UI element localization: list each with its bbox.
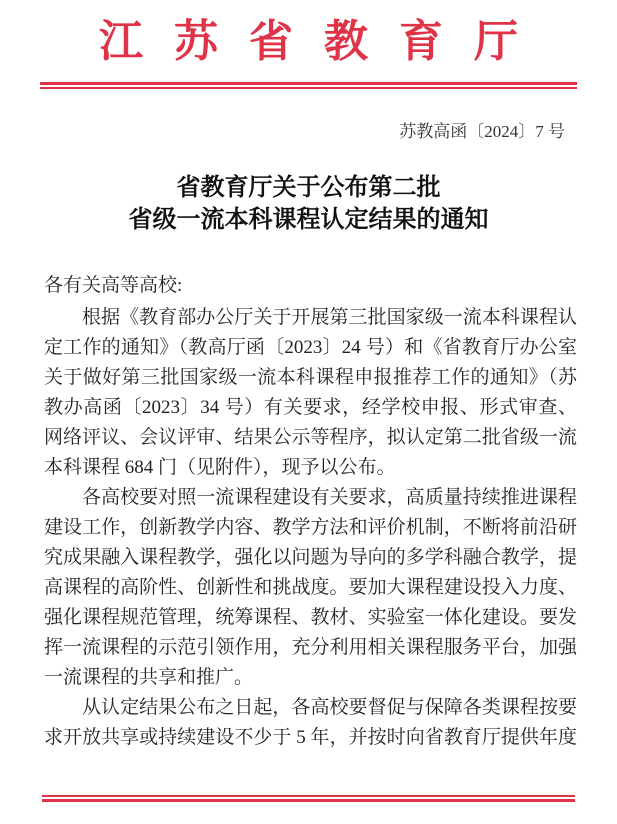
body-line: 根据《教育部办公厅关于开展第三批国家级一流本科课程认 <box>44 303 577 333</box>
body-line: 建设工作，创新教学内容、教学方法和评价机制，不断将前沿研 <box>44 513 577 543</box>
body-line: 本科课程 684 门（见附件），现予以公布。 <box>44 453 577 483</box>
body-line: 关于做好第三批国家级一流本科课程申报推荐工作的通知》（苏 <box>44 363 577 393</box>
salutation: 各有关高等高校: <box>44 273 577 298</box>
body-line: 从认定结果公布之日起，各高校要督促与保障各类课程按要 <box>44 693 577 723</box>
document-title-line1: 省教育厅关于公布第二批 <box>0 172 617 204</box>
header-double-rule <box>40 82 577 89</box>
body-line: 究成果融入课程教学，强化以问题为导向的多学科融合教学，提 <box>44 543 577 573</box>
body-line: 高课程的高阶性、创新性和挑战度。要加大课程建设投入力度、 <box>44 573 577 603</box>
agency-name: 江 苏 省 教 育 厅 <box>0 0 617 69</box>
body-line: 网络评议、会议评审、结果公示等程序，拟认定第二批省级一流 <box>44 423 577 453</box>
body-line: 强化课程规范管理，统筹课程、教材、实验室一体化建设。要发 <box>44 603 577 633</box>
document-body: 根据《教育部办公厅关于开展第三批国家级一流本科课程认 定工作的通知》（教高厅函〔… <box>44 303 577 753</box>
document-title: 省教育厅关于公布第二批 省级一流本科课程认定结果的通知 <box>0 172 617 236</box>
document-page: 江 苏 省 教 育 厅 苏教高函〔2024〕7 号 省教育厅关于公布第二批 省级… <box>0 0 617 824</box>
body-line: 一流课程的共享和推广。 <box>44 663 577 693</box>
body-line: 各高校要对照一流课程建设有关要求，高质量持续推进课程 <box>44 483 577 513</box>
footer-double-rule <box>42 795 575 802</box>
document-title-line2: 省级一流本科课程认定结果的通知 <box>0 204 617 236</box>
body-line: 求开放共享或持续建设不少于 5 年，并按时向省教育厅提供年度 <box>44 723 577 753</box>
body-line: 教办高函〔2023〕34 号）有关要求，经学校申报、形式审查、 <box>44 393 577 423</box>
document-number: 苏教高函〔2024〕7 号 <box>0 122 617 142</box>
body-line: 定工作的通知》（教高厅函〔2023〕24 号）和《省教育厅办公室 <box>44 333 577 363</box>
body-line: 挥一流课程的示范引领作用，充分利用相关课程服务平台，加强 <box>44 633 577 663</box>
